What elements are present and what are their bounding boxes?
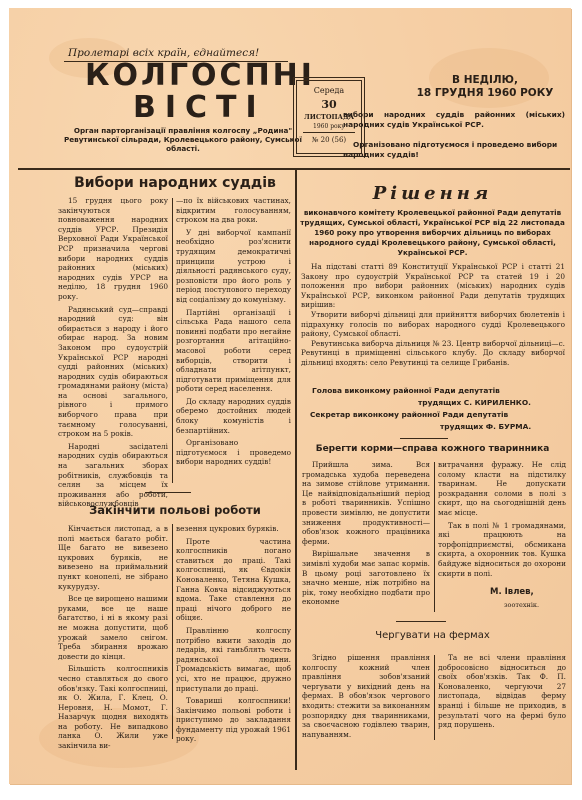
paragraph: Кінчається листопад, а в полі мається ба… xyxy=(58,524,168,591)
paragraph: Партійні організації і сільська Рада наш… xyxy=(176,308,291,394)
paragraph: Народні засідателі народних судів обираю… xyxy=(58,442,168,509)
paragraph: витрачання фуражу. Не слід солому класти… xyxy=(438,460,566,518)
signature2-title: Секретар виконкому районної Ради депутат… xyxy=(310,410,508,420)
paragraph: Радянський суд—справді народний суд: він… xyxy=(58,305,168,439)
decision-subheading: виконавчого комітету Кролевецької районн… xyxy=(300,208,565,258)
paragraph: 15 грудня цього року закінчуються повнов… xyxy=(58,196,168,302)
fodder-col1: Прийшла зима. Вся громадська худоба пере… xyxy=(302,460,430,607)
fodder-col2: витрачання фуражу. Не слід солому класти… xyxy=(438,460,566,578)
section-divider xyxy=(396,621,446,622)
paragraph: Більшість колгоспників чесно ставляться … xyxy=(58,664,168,750)
issue-weekday: Середа xyxy=(297,87,361,95)
election-notice-call: Організовано підготуємося і проведемо ви… xyxy=(343,140,565,160)
election-notice-body: вибори народних суддів районних (міських… xyxy=(343,110,565,130)
duty-headline: Чергувати на фермах xyxy=(300,630,565,641)
signature1-title: Голова виконкому районної Ради депутатів xyxy=(312,386,500,396)
paragraph: Так в полі № 1 громадянами, які працюють… xyxy=(438,521,566,579)
paragraph: Згідно рішення правління колгоспу кожний… xyxy=(302,653,430,739)
elections-col1: 15 грудня цього року закінчуються повнов… xyxy=(58,196,168,509)
column-rule xyxy=(434,655,435,740)
paragraph: Утворити виборчі дільниці для прийняття … xyxy=(301,310,565,339)
column-rule xyxy=(172,198,173,483)
paragraph: Все це вирощено нашими руками, все це на… xyxy=(58,594,168,661)
section-divider xyxy=(145,492,191,493)
decision-body: На підставі статті 89 Конституції Україн… xyxy=(301,262,565,368)
field-work-headline: Закінчити польові роботи xyxy=(60,503,290,517)
election-heading-line2: 18 ГРУДНЯ 1960 РОКУ xyxy=(400,87,570,100)
signature2-name: трудящих Ф. БУРМА. xyxy=(440,422,531,432)
issue-day: 30 xyxy=(297,99,361,110)
column-rule xyxy=(434,462,435,612)
paragraph: везення цукрових буряків. xyxy=(176,524,291,534)
paragraph: Товариші колгоспники! Закінчимо польові … xyxy=(176,696,291,744)
paragraph: До складу народних суддів оберемо достой… xyxy=(176,397,291,435)
paragraph: —по їх військових частинах, відкритим го… xyxy=(176,196,291,225)
section-divider xyxy=(400,438,448,439)
masthead-subtitle: Орган парторганізації правління колгоспу… xyxy=(63,126,303,153)
duty-col2: Та не всі члени правління добросовісно в… xyxy=(438,653,566,730)
election-notice-heading: В НЕДІЛЮ, 18 ГРУДНЯ 1960 РОКУ xyxy=(400,74,570,100)
elections-col2: —по їх військових частинах, відкритим го… xyxy=(176,196,291,467)
masthead-title-line2: ВІСТІ xyxy=(133,90,266,125)
paragraph: Ревутинська виборча дільниця № 23. Центр… xyxy=(301,339,565,368)
signature1-name: трудящих С. КИРИЛЕНКО. xyxy=(418,398,531,408)
paragraph: Правлінню колгоспу потрібно вжити заході… xyxy=(176,626,291,693)
field-work-col1: Кінчається листопад, а в полі мається ба… xyxy=(58,524,168,751)
paragraph: На підставі статті 89 Конституції Україн… xyxy=(301,262,565,310)
paragraph: Проте частина колгоспників погано ставит… xyxy=(176,537,291,623)
field-work-col2: везення цукрових буряків. Проте частина … xyxy=(176,524,291,744)
elections-headline: Вибори народних суддів xyxy=(60,175,290,191)
decision-headline: Рішення xyxy=(300,183,565,204)
paragraph: Та не всі члени правління добросовісно в… xyxy=(438,653,566,730)
fodder-headline: Берегти корми—справа кожного тваринника xyxy=(300,444,565,454)
duty-col1: Згідно рішення правління колгоспу кожний… xyxy=(302,653,430,739)
masthead-rule xyxy=(18,168,570,170)
fodder-author-role: зоотехнік. xyxy=(504,601,539,609)
masthead-title-line1: КОЛГОСПНІ xyxy=(85,58,315,93)
paragraph: У дні виборчої кампанії необхідно роз'яс… xyxy=(176,228,291,305)
paragraph: Вирішальне значення в зимівлі худоби має… xyxy=(302,549,430,607)
paragraph: Прийшла зима. Вся громадська худоба пере… xyxy=(302,460,430,546)
election-heading-line1: В НЕДІЛЮ, xyxy=(400,74,570,87)
page-column-rule xyxy=(295,170,297,770)
column-rule xyxy=(172,524,173,739)
fodder-author: М. Івлев, xyxy=(490,587,534,597)
paragraph: Організовано підготуємося і проведемо ви… xyxy=(176,438,291,467)
